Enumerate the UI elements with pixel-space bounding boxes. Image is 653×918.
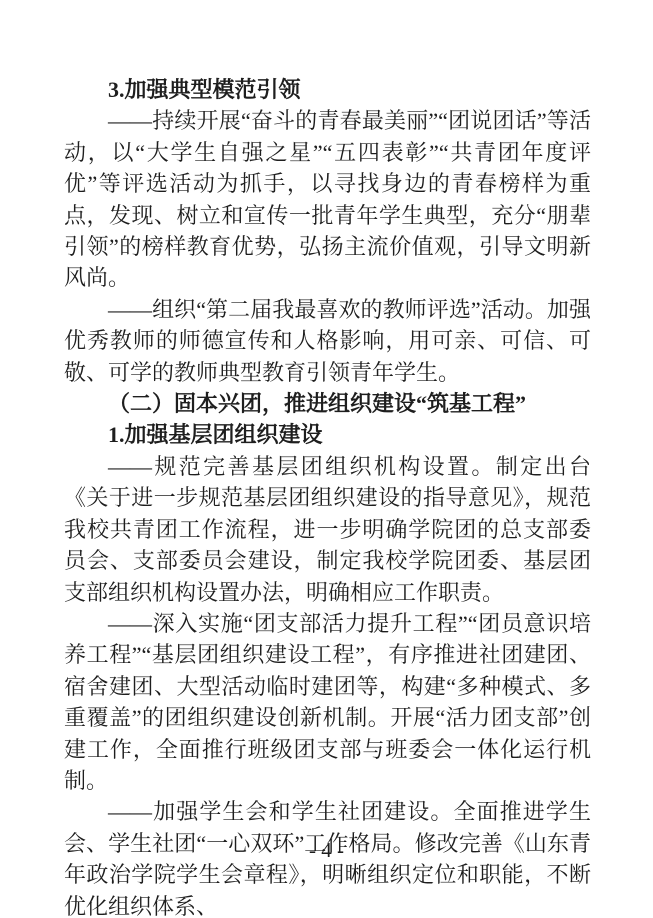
page-number: - 4 - <box>0 838 653 863</box>
body-paragraph: ——持续开展“奋斗的青春最美丽”“团说团话”等活动，以“大学生自强之星”“五四表… <box>64 105 591 293</box>
section-heading: 1.加强基层团组织建设 <box>64 419 591 450</box>
document-body: 3.加强典型模范引领——持续开展“奋斗的青春最美丽”“团说团话”等活动，以“大学… <box>64 74 591 918</box>
document-page: 3.加强典型模范引领——持续开展“奋斗的青春最美丽”“团说团话”等活动，以“大学… <box>0 0 653 918</box>
section-heading: 3.加强典型模范引领 <box>64 74 591 105</box>
body-paragraph: ——组织“第二届我最喜欢的教师评选”活动。加强优秀教师的师德宣传和人格影响，用可… <box>64 294 591 388</box>
body-paragraph: ——深入实施“团支部活力提升工程”“团员意识培养工程”“基层团组织建设工程”，有… <box>64 608 591 796</box>
section-heading: （二）固本兴团，推进组织建设“筑基工程” <box>64 388 591 419</box>
body-paragraph: ——规范完善基层团组织机构设置。制定出台《关于进一步规范基层团组织建设的指导意见… <box>64 451 591 608</box>
